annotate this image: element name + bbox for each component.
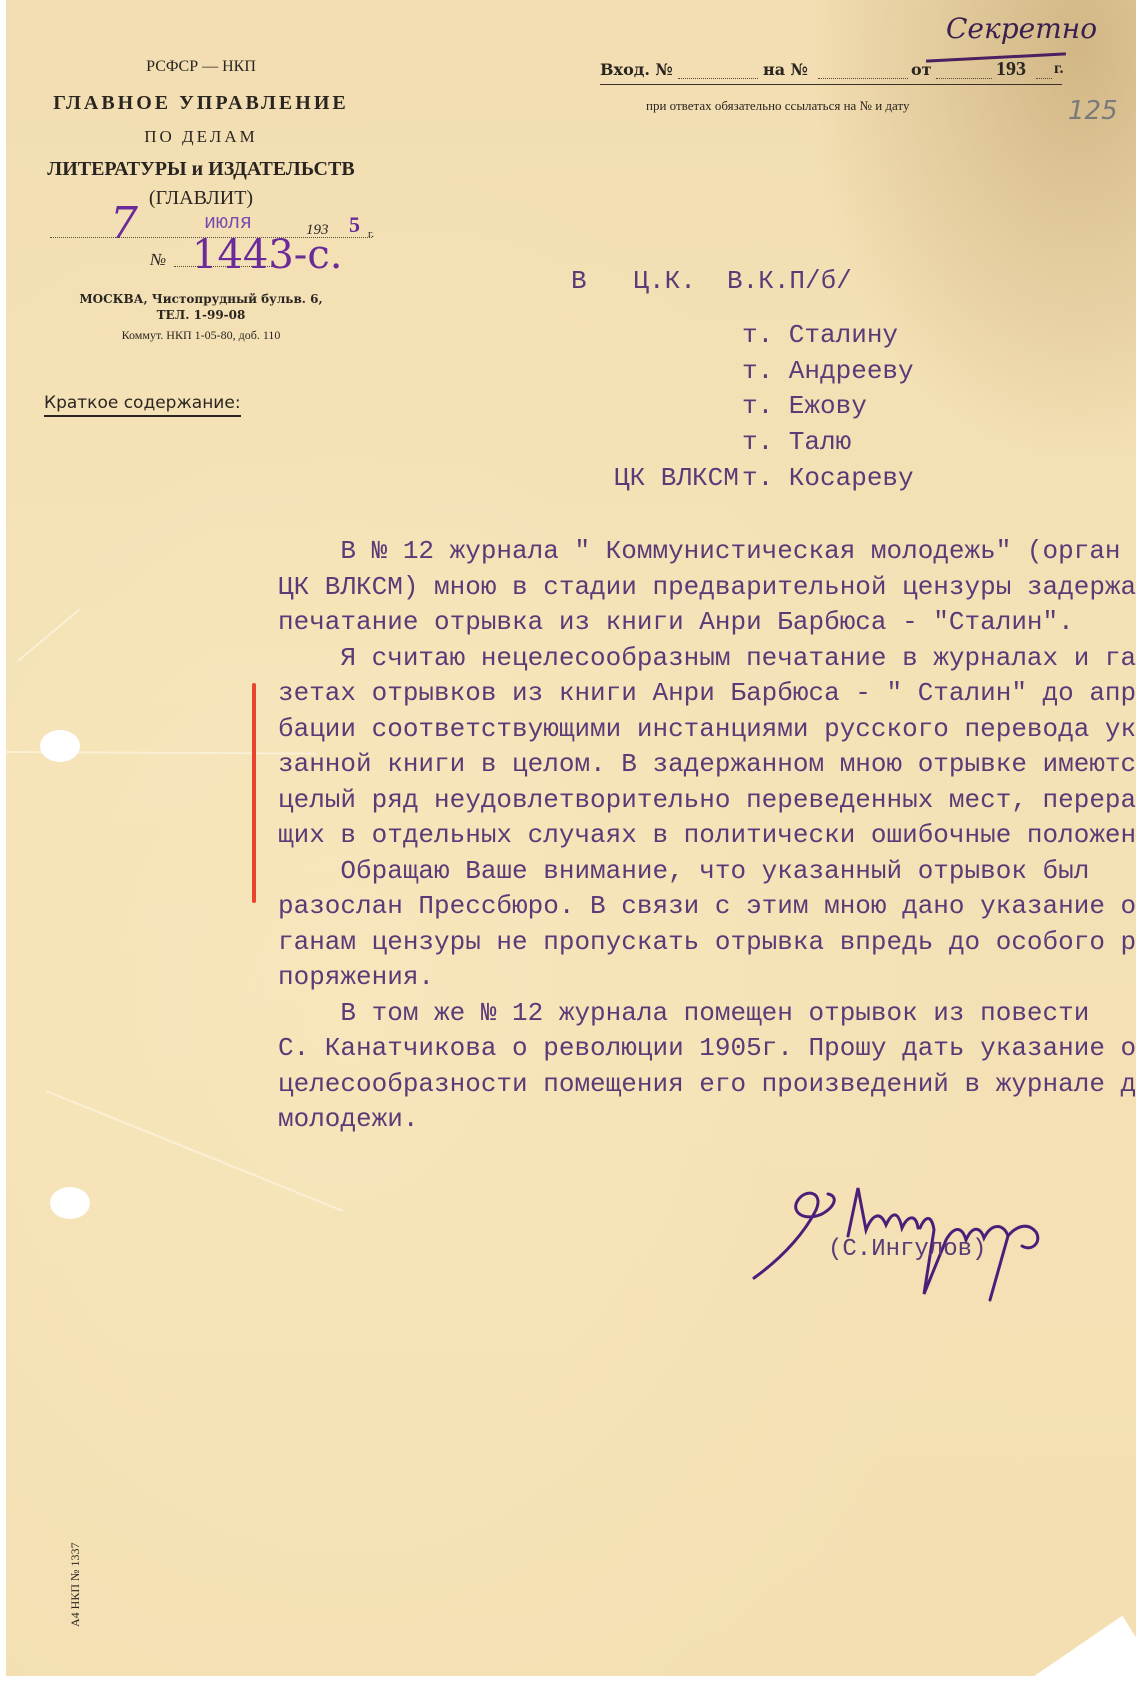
document-page: РСФСР — НКП ГЛАВНОЕ УПРАВЛЕНИЕ ПО ДЕЛАМ … — [6, 0, 1136, 1676]
letterhead-po-delam: ПО ДЕЛАМ — [6, 127, 396, 147]
body-line: разослан Прессбюро. В связи с этим мною … — [278, 891, 1146, 927]
number-label: № — [150, 250, 166, 270]
letterhead-rsfsr: РСФСР — НКП — [6, 58, 396, 76]
reply-note: при ответах обязательно ссылаться на № и… — [646, 98, 909, 114]
addressee-tal: т. Талю — [742, 427, 851, 457]
addressee-stalin: т. Сталину — [742, 320, 898, 350]
form-code: А4 НКП № 1337 — [68, 1543, 83, 1627]
body-line: щих в отдельных случаях в политически ош… — [278, 820, 1146, 856]
body-line: молодежи. — [278, 1104, 1146, 1140]
body-line: зетах отрывков из книги Анри Барбюса - "… — [278, 678, 1146, 714]
addressee-org-vlksm: ЦК ВЛКСМ — [614, 463, 739, 493]
date-day: 7 — [110, 198, 138, 249]
incoming-number-dots — [678, 78, 758, 79]
letterhead-literature: ЛИТЕРАТУРЫ и ИЗДАТЕЛЬСТВ — [6, 158, 396, 181]
punch-hole — [50, 1187, 90, 1219]
address: МОСКВА, Чистопрудный бульв. 6, — [6, 292, 396, 306]
body-line: С. Канатчикова о революции 1905г. Прошу … — [278, 1033, 1146, 1069]
incoming-rule — [600, 84, 1062, 85]
punch-hole — [40, 730, 80, 762]
typed-signature-name: (С.Ингулов) — [828, 1236, 986, 1263]
addressee-kosarev: т. Косареву — [742, 463, 914, 493]
incoming-number-label: Вход. № — [600, 60, 673, 79]
incoming-year: 193 — [996, 58, 1026, 81]
addressee-ezhov: т. Ежову — [742, 391, 867, 421]
body-line: печатание отрывка из книги Анри Барбюса … — [278, 607, 1146, 643]
from-label: от — [911, 60, 932, 79]
summary-label: Краткое содержание: — [44, 393, 241, 417]
body-line: В том же № 12 журнала помещен отрывок из… — [278, 998, 1146, 1034]
reply-to-dots — [818, 78, 908, 79]
body-line: ЦК ВЛКСМ) мною в стадии предварительной … — [278, 572, 1146, 608]
body-line: бации соответствующими инстанциями русск… — [278, 714, 1146, 750]
addressee-andreev: т. Андрееву — [742, 356, 914, 386]
body-line: В № 12 журнала " Коммунистическая молоде… — [278, 536, 1146, 572]
from-dots — [936, 78, 992, 79]
classification-secret: Секретно — [946, 12, 1097, 45]
addressee-header: В Ц.К. В.К.П/б/ — [571, 266, 852, 296]
body-line: Я считаю нецелесообразным печатание в жу… — [278, 643, 1146, 679]
body-line: целесообразности помещения его произведе… — [278, 1069, 1146, 1105]
letter-body: В № 12 журнала " Коммунистическая молоде… — [278, 536, 1146, 1140]
date-year-suffix: 5 — [349, 212, 360, 238]
date-g: г. — [368, 228, 374, 240]
letterhead-main-directorate: ГЛАВНОЕ УПРАВЛЕНИЕ — [6, 92, 396, 115]
body-line: занной книги в целом. В задержанном мною… — [278, 749, 1146, 785]
body-line: целый ряд неудовлетворительно переведенн… — [278, 785, 1146, 821]
body-line: ганам цензуры не пропускать отрывка впре… — [278, 927, 1146, 963]
archive-sheet-number: 125 — [1068, 96, 1118, 126]
year-dots — [1036, 78, 1052, 79]
paper-crease — [17, 609, 80, 662]
letterhead-glavlit: (ГЛАВЛИТ) — [6, 187, 396, 210]
red-pencil-margin-mark — [252, 683, 256, 903]
incoming-g: г. — [1054, 60, 1063, 78]
reply-to-label: на № — [763, 60, 808, 79]
switchboard: Коммут. НКП 1-05-80, доб. 110 — [6, 328, 396, 343]
body-line: Обращаю Ваше внимание, что указанный отр… — [278, 856, 1146, 892]
phone: ТЕЛ. 1-99-08 — [6, 308, 396, 322]
body-line: поряжения. — [278, 962, 1146, 998]
outgoing-number: 1443-с. — [192, 232, 342, 278]
